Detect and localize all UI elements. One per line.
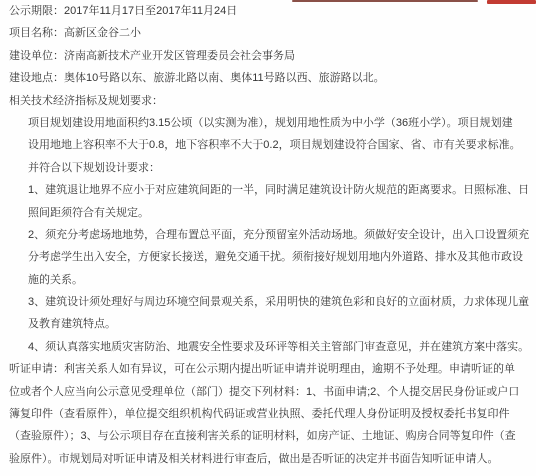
doc-line: （查验原件）；3、与公示项目存在直接利害关系的证明材料，如房产证、土地证、购房合… bbox=[9, 425, 536, 447]
doc-line: 1、建筑退让地界不应小于对应建筑间距的一半，同时满足建筑设计防火规范的距离要求。… bbox=[9, 179, 536, 201]
doc-line: 4、须认真落实地质灾害防治、地震安全性要求及环评等相关主管部门审查意见，并在建筑… bbox=[9, 336, 536, 358]
red-line-artifact bbox=[292, 0, 478, 2]
doc-line: 建设单位：济南高新技术产业开发区管理委员会社会事务局 bbox=[9, 45, 536, 67]
doc-line: 照间距须符合有关规定。 bbox=[9, 202, 536, 224]
doc-line: 项目名称：高新区金谷二小 bbox=[9, 22, 536, 44]
doc-line: 分考虑学生出入安全，方便家长接送，避免交通干扰。须衔接好规划用地内外道路、排水及… bbox=[9, 246, 536, 268]
doc-line: 位或者个人应当向公示意见受理单位（部门）提交下列材料：1、书面申请;2、个人提交… bbox=[9, 381, 536, 403]
doc-line: 并符合以下规划设计要求： bbox=[9, 157, 536, 179]
top-edge-red-artifacts bbox=[0, 0, 536, 6]
doc-line: 听证申请：利害关系人如有异议，可在公示期内提出听证申请并说明理由，逾期不予处理。… bbox=[9, 358, 536, 380]
doc-line: 2、须充分考虑场地地势，合理布置总平面，充分预留室外活动场地。须做好安全设计，出… bbox=[9, 224, 536, 246]
announcement-document: 公示期限：2017年11月17日至2017年11月24日项目名称：高新区金谷二小… bbox=[0, 0, 536, 470]
doc-line: 及教育建筑特点。 bbox=[9, 313, 536, 335]
announcement-page: 公示期限：2017年11月17日至2017年11月24日项目名称：高新区金谷二小… bbox=[0, 0, 536, 476]
doc-line: 相关技术经济指标及规划要求： bbox=[9, 90, 536, 112]
doc-line: 设用地地上容积率不大于0.8，地下容积率不大于0.2，项目规划建设符合国家、省、… bbox=[9, 134, 536, 156]
doc-line: 施的关系。 bbox=[9, 269, 536, 291]
red-line-artifact bbox=[487, 0, 536, 4]
doc-line: 簿复印件（查看原件），单位提交组织机构代码证或营业执照、委托代理人身份证明及授权… bbox=[9, 403, 536, 425]
doc-line: 3、建筑设计须处理好与周边环境空间景观关系，采用明快的建筑色彩和良好的立面材质，… bbox=[9, 291, 536, 313]
doc-line: 项目规划建设用地面积约3.15公顷（以实测为准），规划用地性质为中小学（36班小… bbox=[9, 112, 536, 134]
doc-line: 建设地点：奥体10号路以东、旅游北路以南、奥体11号路以西、旅游路以北。 bbox=[9, 67, 536, 89]
doc-line: 验原件）。市规划局对听证申请及相关材料进行审查后，做出是否听证的决定并书面告知听… bbox=[9, 448, 536, 470]
